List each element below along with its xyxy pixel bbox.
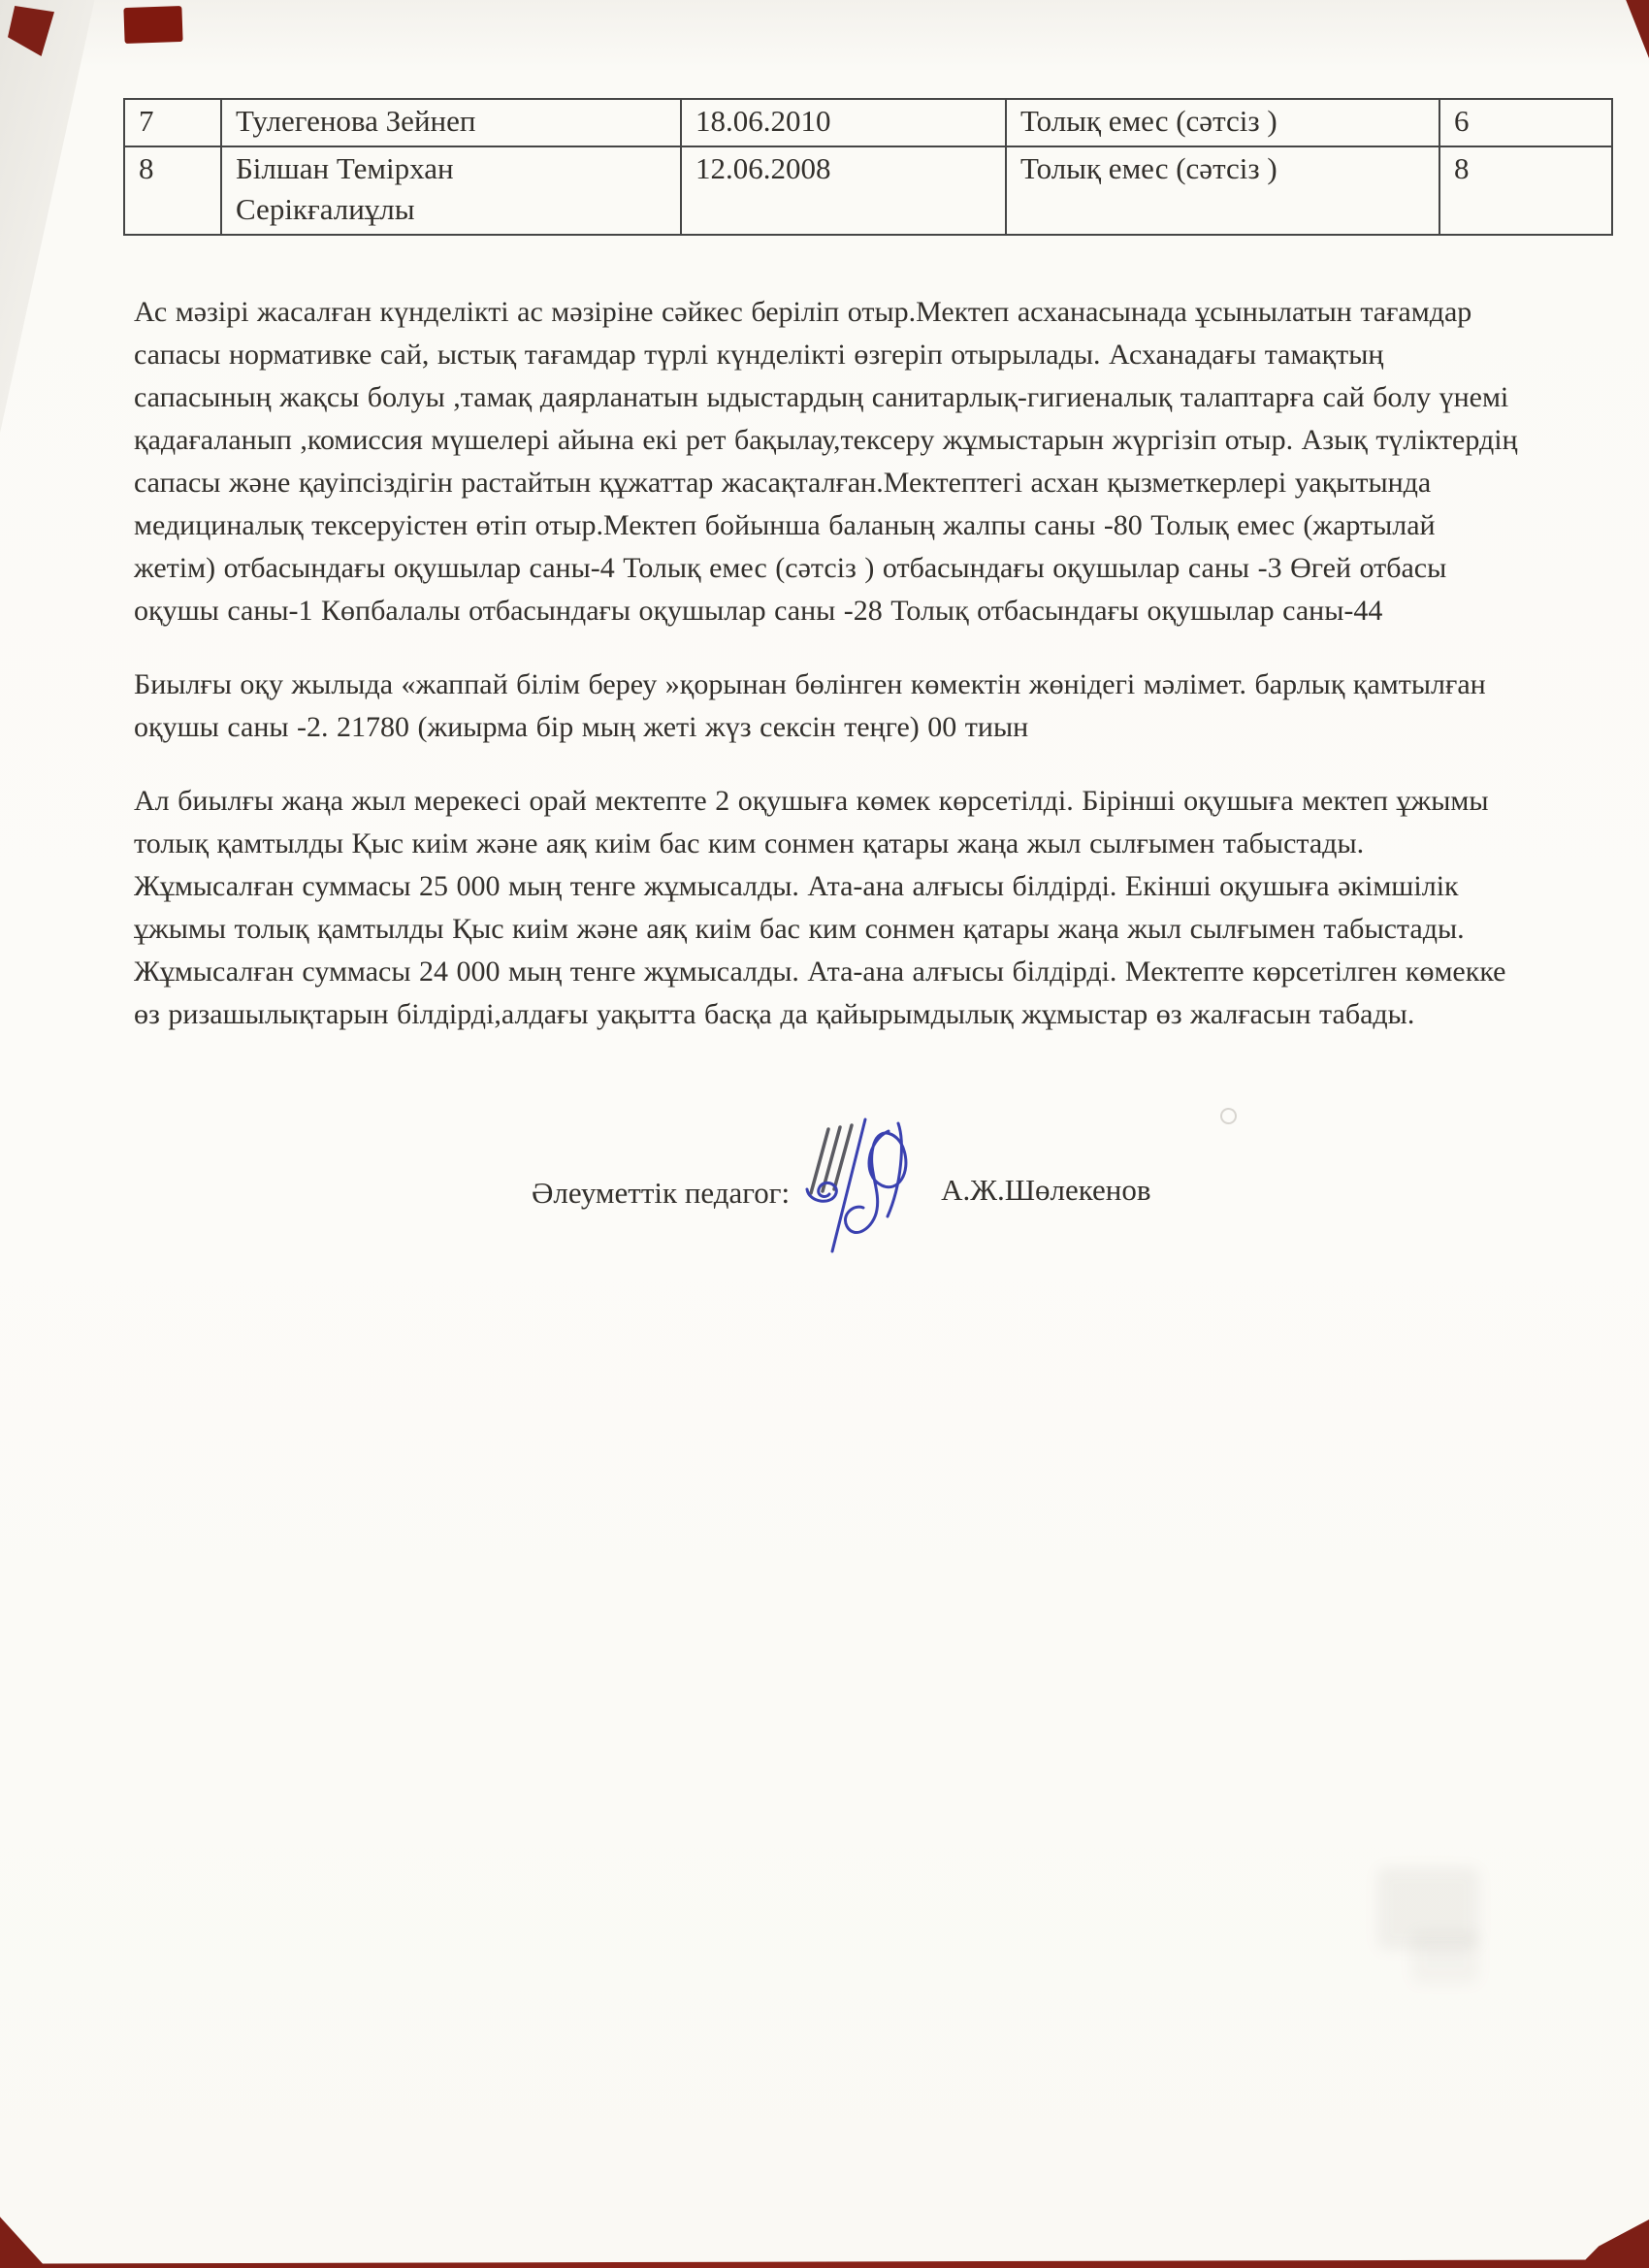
family-status-cell: Толық емес (сәтсіз ) bbox=[1006, 146, 1439, 235]
student-name-cell: Тулегенова Зейнеп bbox=[221, 99, 681, 146]
student-name: Тулегенова Зейнеп bbox=[236, 101, 561, 142]
family-status: Толық емес (сәтсіз ) bbox=[1020, 151, 1277, 185]
birth-date: 18.06.2010 bbox=[695, 104, 831, 138]
family-status: Толық емес (сәтсіз ) bbox=[1020, 104, 1277, 138]
signature-label: Әлеуметтік педагог: bbox=[532, 1172, 790, 1215]
scan-edge-mark-bottom bbox=[41, 2258, 1591, 2268]
row-number: 8 bbox=[139, 151, 154, 185]
family-status-cell: Толық емес (сәтсіз ) bbox=[1006, 99, 1439, 146]
row-number: 7 bbox=[139, 104, 154, 138]
birth-date-cell: 12.06.2008 bbox=[681, 146, 1006, 235]
table-row: 8 Білшан Темірхан Серікғалиұлы 12.06.200… bbox=[124, 146, 1612, 235]
row-number-cell: 7 bbox=[124, 99, 221, 146]
scanned-document-page: 7 Тулегенова Зейнеп 18.06.2010 Толық еме… bbox=[0, 0, 1649, 2268]
table-row: 7 Тулегенова Зейнеп 18.06.2010 Толық еме… bbox=[124, 99, 1612, 146]
student-name: Білшан Темірхан Серікғалиұлы bbox=[236, 148, 561, 230]
scan-corner-mark-bottom-right bbox=[1577, 2219, 1649, 2268]
scan-corner-mark-top-right bbox=[1622, 0, 1649, 58]
count-cell: 8 bbox=[1439, 146, 1612, 235]
paragraph-education-fund: Биылғы оқу жылыда «жаппай білім береу »қ… bbox=[134, 664, 1523, 749]
page-curl-shadow bbox=[0, 0, 126, 456]
count-value: 6 bbox=[1454, 104, 1470, 138]
birth-date: 12.06.2008 bbox=[695, 151, 831, 185]
report-body: Ас мәзірі жасалған күнделікті ас мәзірін… bbox=[134, 291, 1523, 1067]
handwritten-signature bbox=[803, 1116, 937, 1256]
scan-mark-top-left-2 bbox=[123, 6, 182, 44]
paragraph-canteen-report: Ас мәзірі жасалған күнделікті ас мәзірін… bbox=[134, 291, 1523, 632]
students-table: 7 Тулегенова Зейнеп 18.06.2010 Толық еме… bbox=[123, 98, 1613, 236]
scan-ink-dot bbox=[1220, 1108, 1237, 1124]
birth-date-cell: 18.06.2010 bbox=[681, 99, 1006, 146]
scan-corner-mark-bottom-left bbox=[0, 2208, 47, 2268]
scan-smudge bbox=[1411, 1930, 1479, 1984]
count-cell: 6 bbox=[1439, 99, 1612, 146]
row-number-cell: 8 bbox=[124, 146, 221, 235]
paragraph-newyear-aid: Ал биылғы жаңа жыл мерекесі орай мектепт… bbox=[134, 780, 1523, 1036]
count-value: 8 bbox=[1454, 151, 1470, 185]
signature-name: А.Ж.Шөлекенов bbox=[941, 1169, 1150, 1212]
student-name-cell: Білшан Темірхан Серікғалиұлы bbox=[221, 146, 681, 235]
signature-block: Әлеуметтік педагог: А.Ж.Шөлекенов bbox=[532, 1116, 1151, 1256]
